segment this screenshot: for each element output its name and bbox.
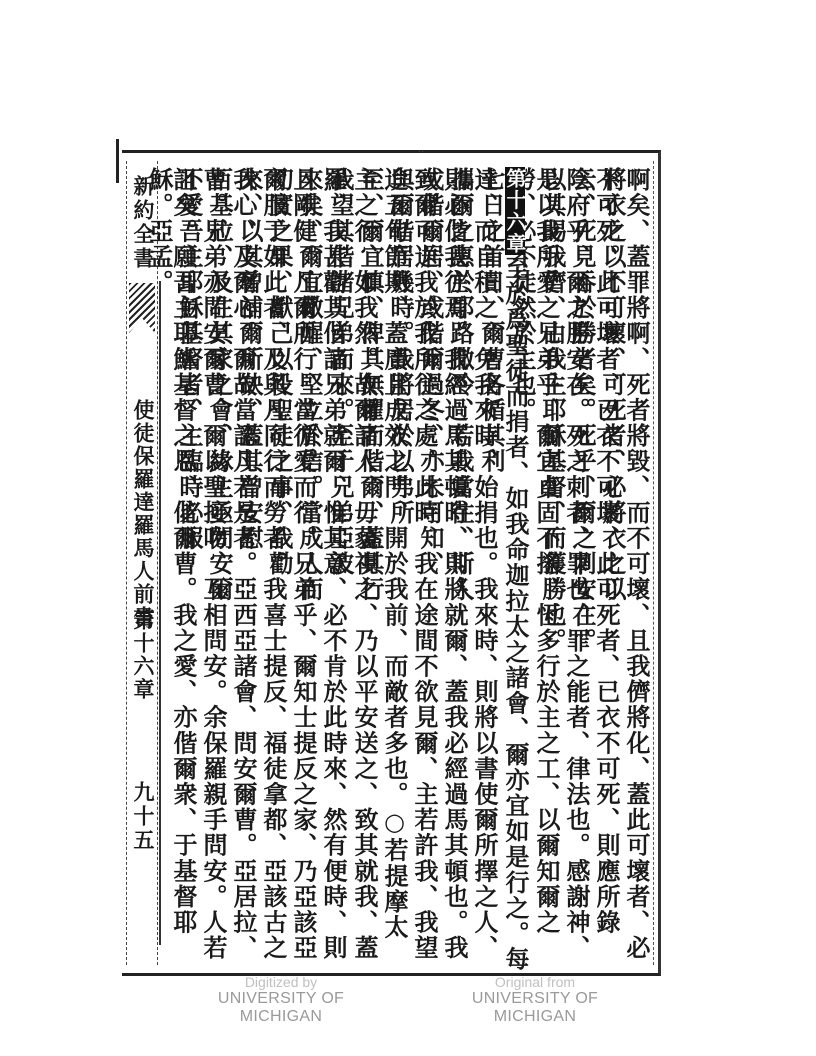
header-rule [159,281,161,945]
page-frame: ·· 新約全書 使徒保羅達羅馬人前書 第十六章 九十五 啊矣、蓋罪將啊、死者將毀… [122,150,661,976]
text-column-9: 迨五旬節期、蓋廣且成效之門、開於我前、而敵者多也。○若提摩太至、爾宜慎、俾其無懼… [376,167,406,973]
watermark-digitized-line2: UNIVERSITY OF MICHIGAN [196,990,366,1026]
chapter-heading-box: 第十六章 [505,167,525,255]
inner-border [653,161,654,965]
text-column-5-chapter-start: 第十六章至於爲聖徒而捐者、如我命迦拉太之諸會、爾亦宜如是行之。每七日之首日、爾曹… [497,167,527,973]
top-dot-mark: ·· [418,147,424,158]
text-column-16: 詛矣。願吾主耶穌基督之恩、偕爾曹。我之愛、亦偕爾衆、于基督耶穌。亞孟。 [165,167,195,973]
text-column-1: 啊矣、蓋罪將啊、死者將毀、而不可壞、且我儕將化、蓋此可壞者、必將衣之以不可壞、可… [618,167,648,973]
watermark-original-line2: UNIVERSITY OF MICHIGAN [450,990,620,1026]
text-column-6: 達、而自積之、免我來時、始捐也。我來時、則將以書使爾所擇之人、攜爾之惠於耶路撒冷… [466,167,496,973]
text-column-3: 陰府乎、爾之勝安在。死之刺者、罪也、罪之能者、律法也。感謝神、以其賜我儕、由我主… [558,167,588,973]
text-column-15: 曹。兄弟亦問安爾曹、爾以聖接吻、互相問安。余保羅親手問安。人若不愛吾主耶穌基督者… [195,167,225,973]
watermark-digitized-line1: Digitized by [196,974,366,990]
watermark-original: Original from UNIVERSITY OF MICHIGAN [450,974,620,1026]
chapter-label: 第十六章 [133,609,154,701]
watermark-digitized: Digitized by UNIVERSITY OF MICHIGAN [196,974,366,1026]
text-column-11: 羅、我甚勸其偕諸兄弟就爾、惟其意、必不肯於此時來、然有便時、則來矣、爾宜儆醒、堅… [315,167,345,973]
text-column-14: 我心、及爾心。爾故當認凡若是者。亞西亞諸會、問安爾曹。亞居拉、百基拉、及在其家之… [225,167,255,973]
text-column-4: 是以我所愛之兄弟乎、爾宜貞固不搖、恆多行於主之工、以爾知爾之勞、必不徒然於主也。 [528,167,558,973]
watermark-original-line1: Original from [450,974,620,990]
text-column-10: 主之行、如我然。故爾諸人、毋藐視之、乃以平安送之、致其就我、蓋我望其偕諸兄弟而來… [346,167,376,973]
text-column-2: 不可死。此可壞者、已衣不可壞、此可死者、已衣不可死、則應所錄云、死見吞於勝者矣。… [588,167,618,973]
text-column-12: 且剛健。凡爾所行、當循愛而行。兄弟乎、爾知士提反之家、乃亞該亞初實之果、獻己以役… [285,167,315,973]
text-column-8: 致爾可送我於我所往之處。此時、我在途間不欲見爾、主若許我、我望與爾偕居幾時。我將… [406,167,436,973]
page-number: 九十五 [133,781,154,853]
epistle-title: 使徒保羅達羅馬人前書 [133,399,154,629]
text-column-7: 則必偕我往焉。我經過馬其頓時、則將就爾、蓋我必經過馬其頓也。我或偕爾居、或偕爾過… [436,167,466,973]
text-column-13: 爾服于如此者、及與凡同行而勞者。我喜士提反、福徒拿都、亞該古之來、以其曾補爾所缺… [255,167,285,973]
